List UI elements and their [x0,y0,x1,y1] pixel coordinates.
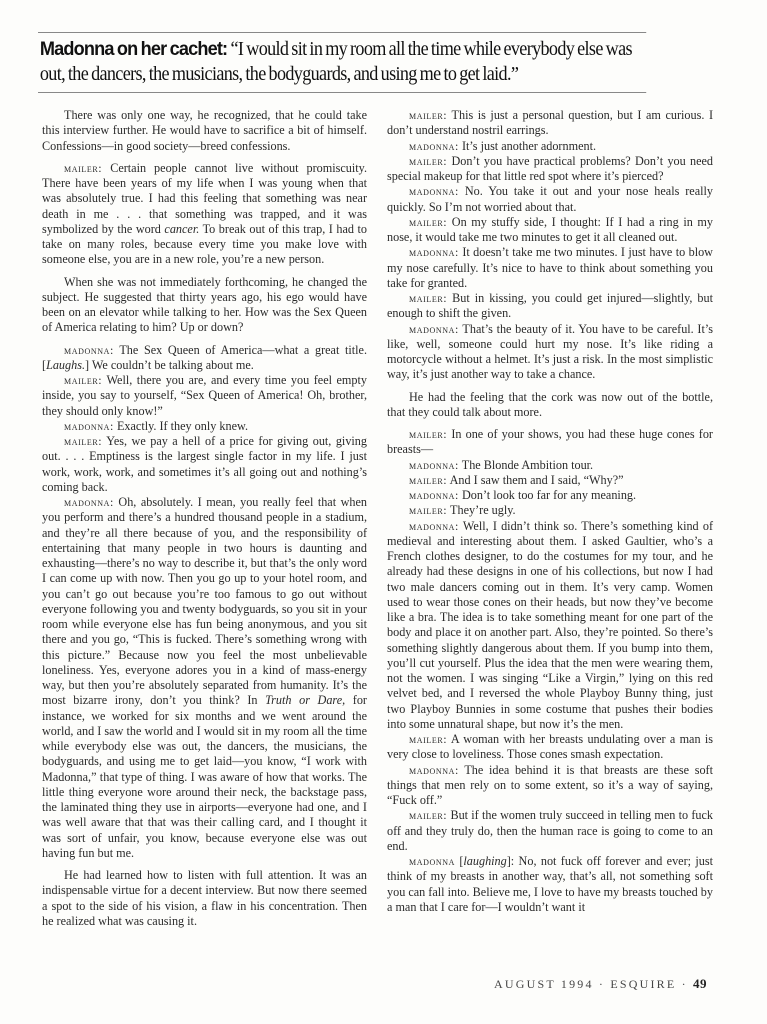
speaker-label: MADONNA: [409,139,459,153]
speaker-label: MADONNA: [409,245,459,259]
italic-text: cancer. [164,222,199,236]
dialogue-paragraph: MADONNA: Oh, absolutely. I mean, you rea… [42,495,367,861]
speaker-label: MAILER: [64,373,102,387]
dialogue-paragraph: MAILER: This is just a personal question… [387,108,713,139]
speaker-label: MADONNA: [409,184,459,198]
dialogue-paragraph: MAILER: And I saw them and I said, “Why?… [387,473,713,488]
speaker-label: MADONNA: [409,763,459,777]
narrative-paragraph: When she was not immediately forthcoming… [42,275,367,336]
speaker-label: MADONNA: [409,458,459,472]
dialogue-paragraph: MAILER: But if the women truly succeed i… [387,808,713,854]
dialogue-text: It’s just another adornment. [459,139,596,153]
speaker-label: MAILER: [409,154,447,168]
speaker-label: MADONNA: [64,419,114,433]
speaker-label: MAILER: [409,215,447,229]
page-number: 49 [693,976,707,991]
paragraph-text: When she was not immediately forthcoming… [42,275,367,335]
italic-text: Laughs. [46,358,85,372]
dialogue-paragraph: MADONNA: It’s just another adornment. [387,139,713,154]
dialogue-text: And I saw them and I said, “Why?” [447,473,623,487]
dialogue-paragraph: MAILER: Don’t you have practical problem… [387,154,713,185]
dialogue-text: Well, I didn’t think so. There’s somethi… [387,519,713,731]
dialogue-paragraph: MADONNA: The idea behind it is that brea… [387,763,713,809]
dialogue-text: for instance, we worked for six months a… [42,693,367,860]
dialogue-paragraph: MAILER: Yes, we pay a hell of a price fo… [42,434,367,495]
speaker-label: MADONNA [409,854,455,868]
issue-date: AUGUST 1994 [494,977,594,991]
speaker-label: MAILER: [409,473,447,487]
paragraph-text: There was only one way, he recognized, t… [42,108,367,153]
narrative-paragraph: He had learned how to listen with full a… [42,868,367,929]
paragraph-text: He had learned how to listen with full a… [42,868,367,928]
speaker-label: MAILER: [64,161,102,175]
speaker-label: MADONNA: [409,322,459,336]
right-column: MAILER: This is just a personal question… [387,108,713,915]
dialogue-paragraph: MADONNA: The Sex Queen of America—what a… [42,343,367,374]
dialogue-paragraph: MADONNA: No. You take it out and your no… [387,184,713,215]
narrative-paragraph: There was only one way, he recognized, t… [42,108,367,154]
dialogue-paragraph: MADONNA: Well, I didn’t think so. There’… [387,519,713,733]
speaker-label: MADONNA: [64,495,114,509]
dialogue-paragraph: MAILER: They’re ugly. [387,503,713,518]
speaker-label: MAILER: [409,427,447,441]
dialogue-paragraph: MAILER: In one of your shows, you had th… [387,427,713,458]
footer-separator: · [594,977,611,991]
page-footer: AUGUST 1994 · ESQUIRE · 49 [494,976,707,992]
dialogue-paragraph: MADONNA: The Blonde Ambition tour. [387,458,713,473]
dialogue-paragraph: MADONNA [laughing]: No, not fuck off for… [387,854,713,915]
dialogue-text: Oh, absolutely. I mean, you really feel … [42,495,367,707]
speaker-label: MADONNA: [409,519,459,533]
left-column: There was only one way, he recognized, t… [42,108,367,929]
italic-text: laughing [463,854,506,868]
speaker-label: MAILER: [64,434,102,448]
dialogue-paragraph: MADONNA: Don’t look too far for any mean… [387,488,713,503]
dialogue-paragraph: MAILER: But in kissing, you could get in… [387,291,713,322]
speaker-label: MAILER: [409,291,447,305]
dialogue-paragraph: MAILER: A woman with her breasts undulat… [387,732,713,763]
dialogue-text: They’re ugly. [447,503,515,517]
speaker-label: MADONNA: [64,343,114,357]
dialogue-text: ] We couldn’t be talking about me. [85,358,254,372]
dialogue-paragraph: MADONNA: Exactly. If they only knew. [42,419,367,434]
dialogue-paragraph: MAILER: Certain people cannot live witho… [42,161,367,268]
footer-separator: · [676,977,693,991]
dialogue-text: Exactly. If they only knew. [114,419,248,433]
dialogue-paragraph: MAILER: On my stuffy side, I thought: If… [387,215,713,246]
dialogue-paragraph: MADONNA: That’s the beauty of it. You ha… [387,322,713,383]
speaker-label: MAILER: [409,808,447,822]
magazine-name: ESQUIRE [610,977,676,991]
dialogue-paragraph: MADONNA: It doesn’t take me two minutes.… [387,245,713,291]
dialogue-paragraph: MAILER: Well, there you are, and every t… [42,373,367,419]
dialogue-text: The Blonde Ambition tour. [459,458,593,472]
pull-quote: Madonna on her cachet: “I would sit in m… [38,32,646,93]
speaker-label: MAILER: [409,503,447,517]
pull-quote-lead: Madonna on her cachet: [40,38,227,60]
italic-text: Truth or Dare, [265,693,345,707]
paragraph-text: He had the feeling that the cork was now… [387,390,713,419]
dialogue-text: Don’t look too far for any meaning. [459,488,636,502]
speaker-label: MAILER: [409,108,447,122]
speaker-label: MAILER: [409,732,447,746]
narrative-paragraph: He had the feeling that the cork was now… [387,390,713,421]
speaker-label: MADONNA: [409,488,459,502]
